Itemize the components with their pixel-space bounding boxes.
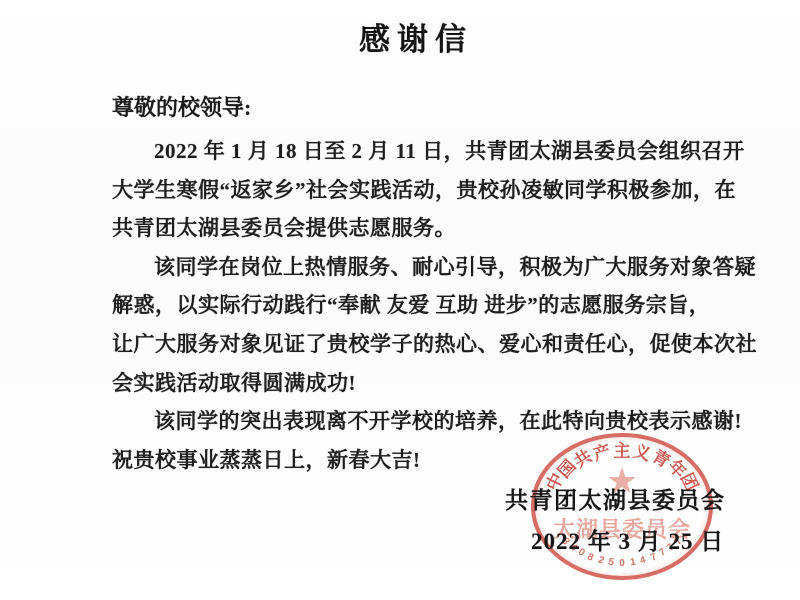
body-line-p1-l2: 大学生寒假“返家乡”社会实践活动，贵校孙凌敏同学积极参加，在 [112, 171, 712, 210]
letter-date: 2022 年 3 月 25 日 [531, 523, 724, 556]
seal-serial-digit: 5 [608, 557, 615, 568]
signature-org: 共青团太湖县委员会 [505, 482, 726, 515]
body-line-p3-l1: 该同学的突出表现离不开学校的培养，在此特向贵校表示感谢! [112, 402, 712, 441]
seal-serial-digit: 0 [619, 559, 625, 569]
body-line-p1-l3: 共青团太湖县委员会提供志愿服务。 [112, 209, 712, 248]
seal-serial-digit: 1 [629, 557, 636, 568]
body-line-p1-l1: 2022 年 1 月 18 日至 2 月 11 日，共青团太湖县委员会组织召开 [112, 132, 712, 171]
body-line-p2-l4: 会实践活动取得圆满成功! [112, 364, 712, 403]
salutation: 尊敬的校领导: [112, 91, 251, 122]
body-line-p3-l2: 祝贵校事业蒸蒸日上，新春大吉! [112, 441, 712, 480]
letter-page: 感谢信 尊敬的校领导: 2022 年 1 月 18 日至 2 月 11 日，共青… [0, 0, 800, 600]
body-line-p2-l3: 让广大服务对象见证了贵校学子的热心、爱心和责任心，促使本次社 [112, 325, 712, 364]
body-line-p2-l1: 该同学在岗位上热情服务、耐心引导，积极为广大服务对象答疑 [112, 248, 712, 287]
letter-body: 2022 年 1 月 18 日至 2 月 11 日，共青团太湖县委员会组织召开大… [112, 132, 712, 479]
body-line-p2-l2: 解惑，以实际行动践行“奉献 友爱 互助 进步”的志愿服务宗旨， [112, 286, 712, 325]
letter-title: 感谢信 [16, 14, 800, 59]
